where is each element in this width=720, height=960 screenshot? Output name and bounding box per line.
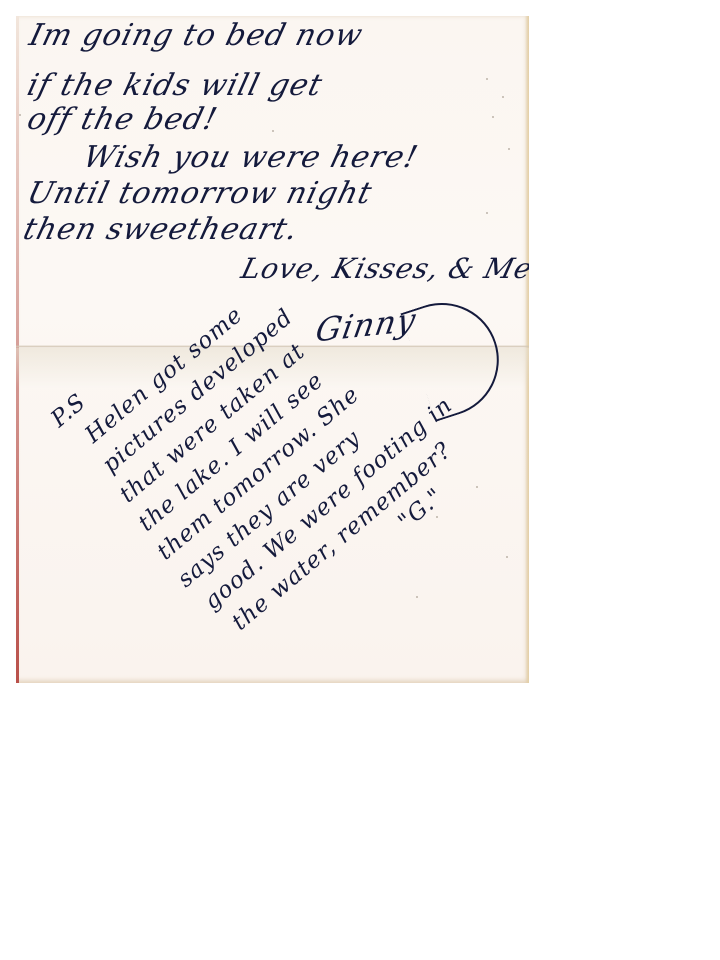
letter-page: Im going to bed now if the kids will get… (16, 16, 529, 683)
letter-line-3: off the bed! (24, 102, 222, 138)
paper-speck (508, 148, 510, 150)
letter-line-2: if the kids will get (24, 68, 327, 104)
paper-speck (506, 556, 508, 558)
letter-line-5: Until tomorrow night (24, 176, 376, 212)
paper-speck (436, 516, 438, 518)
paper-speck (19, 114, 21, 116)
paper-speck (502, 96, 504, 98)
paper-speck (416, 596, 418, 598)
paper-speck (476, 486, 478, 488)
paper-speck (492, 116, 494, 118)
paper-speck (486, 78, 488, 80)
letter-line-4: Wish you were here! (80, 140, 422, 176)
letter-line-1: Im going to bed now (26, 18, 367, 54)
paper-speck (486, 212, 488, 214)
paper-speck (272, 130, 274, 132)
